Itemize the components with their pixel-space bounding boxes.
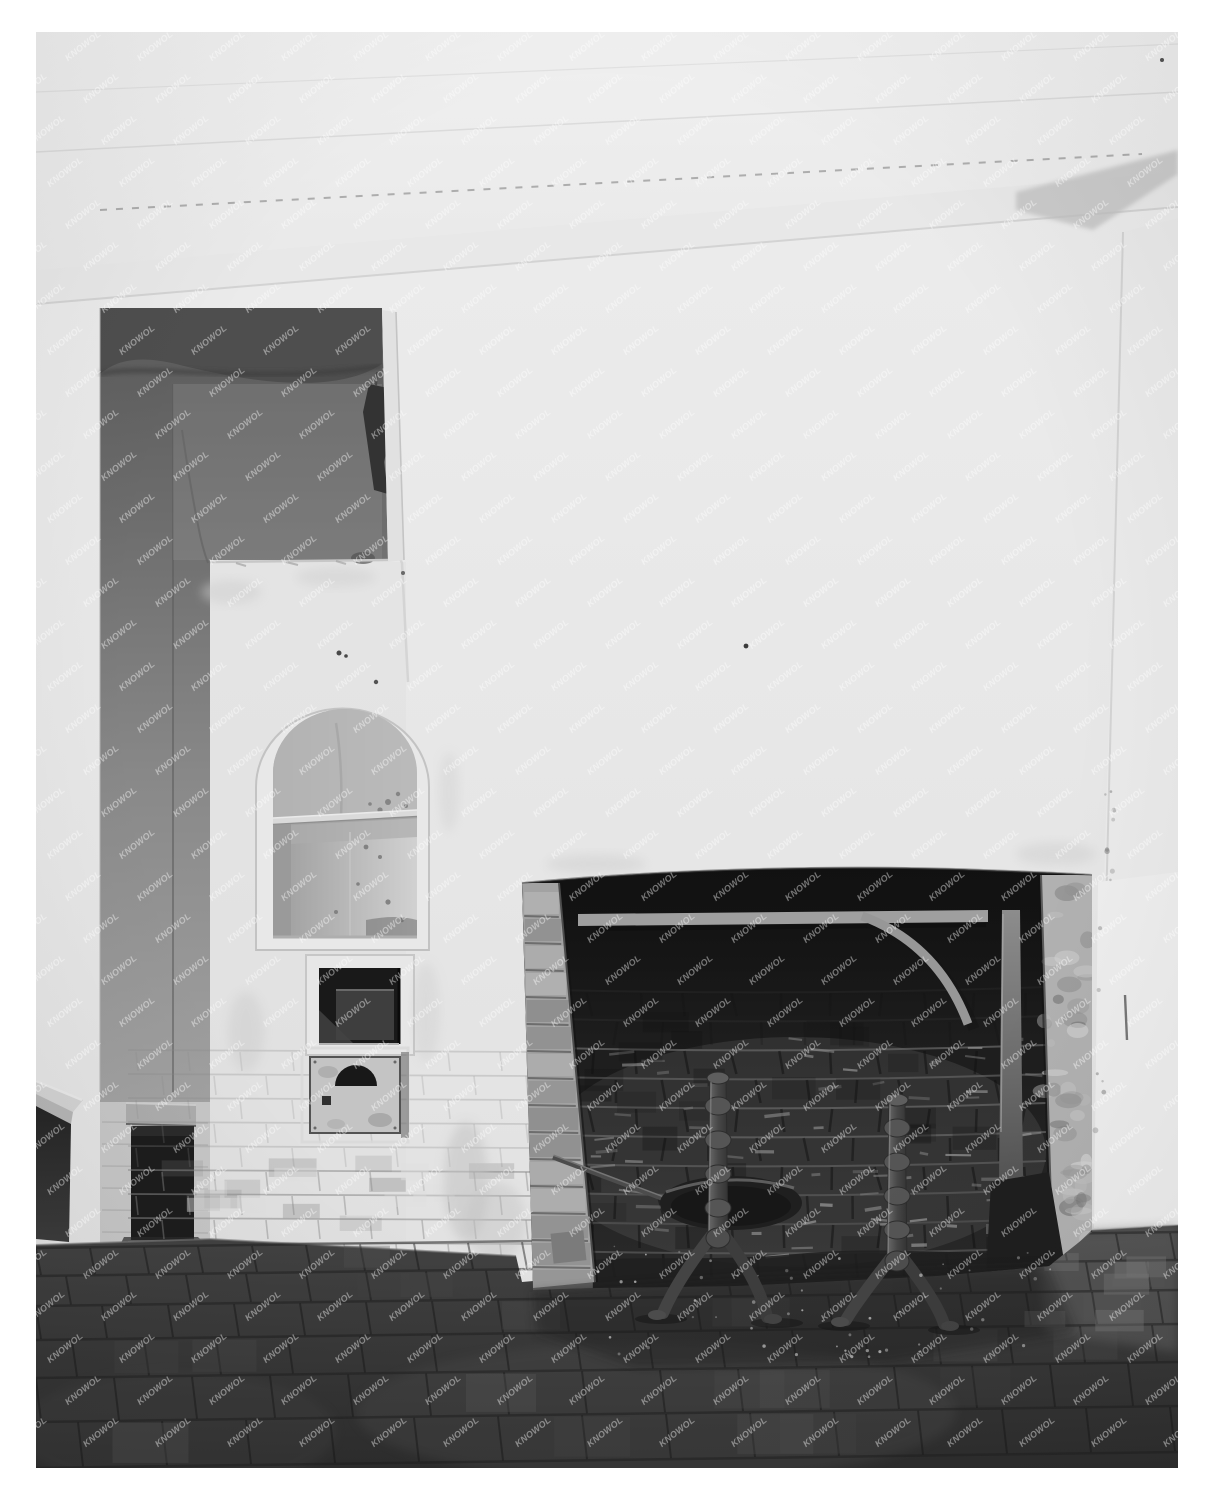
photo-scene <box>36 32 1178 1468</box>
scanned-photo-page: KNOWOLKNOWOLKNOWOLKNOWOLKNOWOLKNOWOLKNOW… <box>0 0 1214 1500</box>
photograph: KNOWOLKNOWOLKNOWOLKNOWOLKNOWOLKNOWOLKNOW… <box>36 32 1178 1468</box>
